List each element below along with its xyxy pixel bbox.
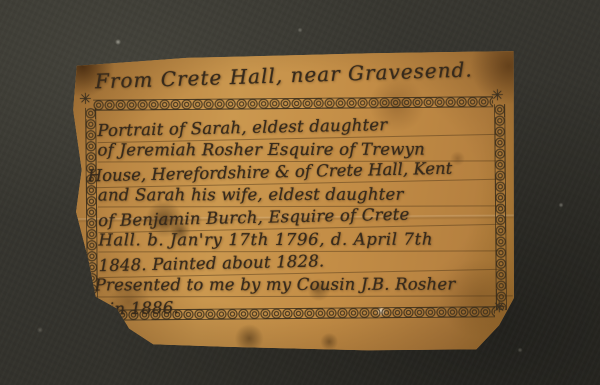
handwritten-line: in 1886. <box>109 296 249 320</box>
handwritten-text-block: Portrait of Sarah, eldest daughter of Je… <box>97 114 503 319</box>
handwritten-line: Presented to me by my Cousin J.B. Rosher <box>95 273 513 297</box>
chain-border-top <box>93 96 493 110</box>
corner-star-icon: ✳ <box>491 88 504 103</box>
label-header-line: From Crete Hall, near Gravesend. <box>95 57 500 94</box>
paper-label: ✳ ✳ ✳ ✳ From Crete Hall, near Gravesend.… <box>67 48 522 360</box>
corner-star-icon: ✳ <box>79 92 92 107</box>
corner-star-icon: ✳ <box>81 304 94 319</box>
photo-backing-board: ✳ ✳ ✳ ✳ From Crete Hall, near Gravesend.… <box>0 0 600 385</box>
